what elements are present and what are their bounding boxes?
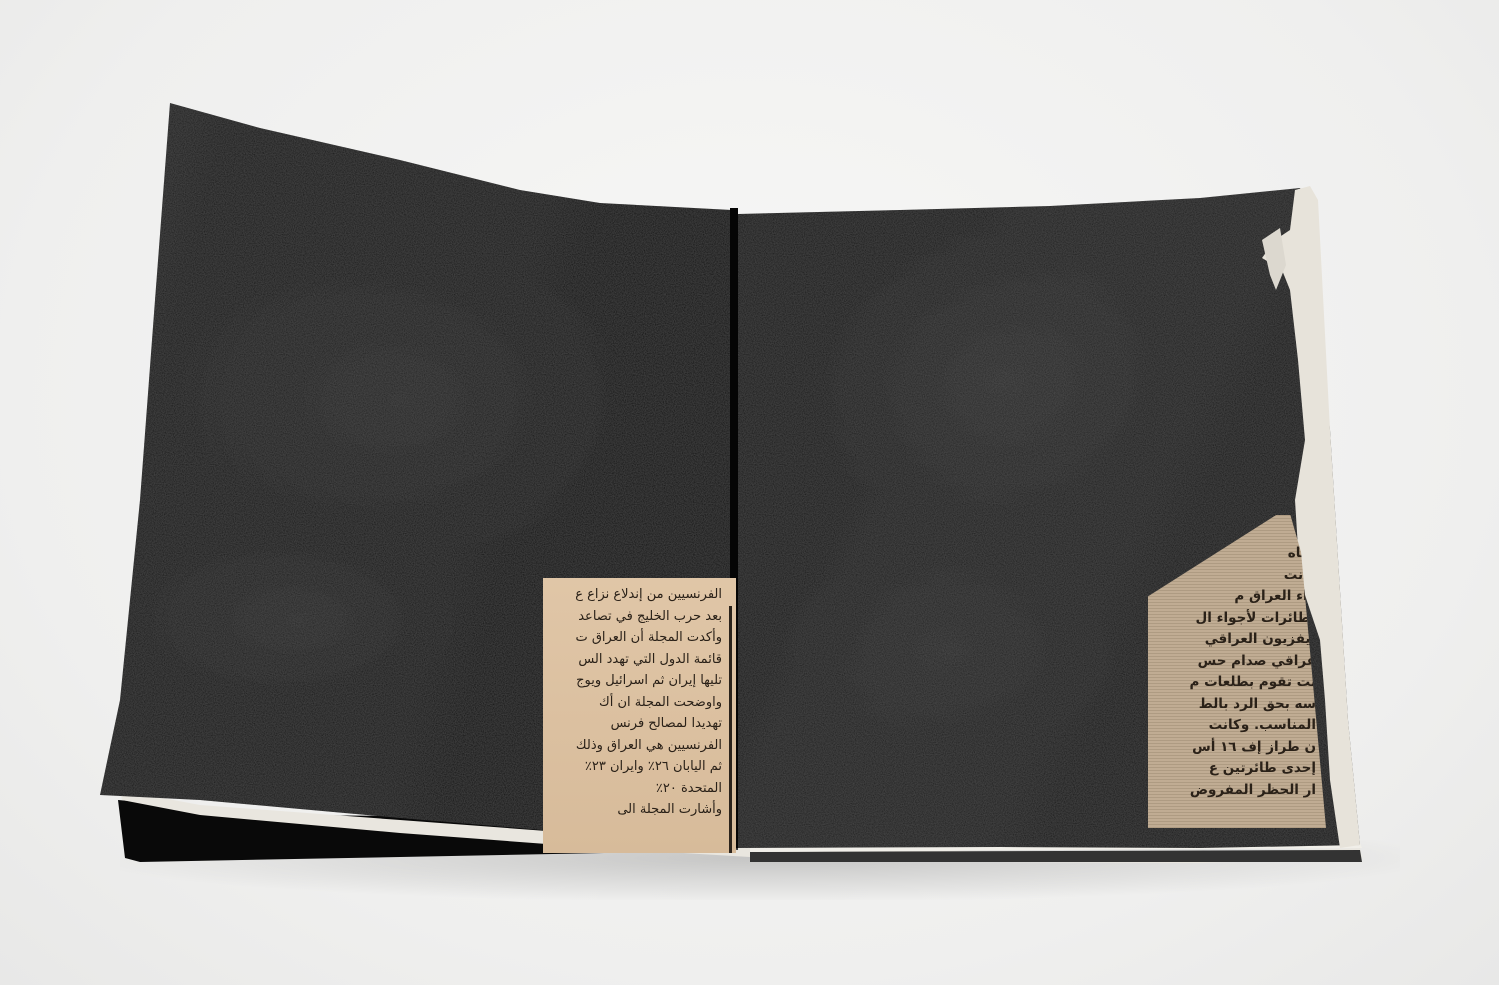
clipping-line: تهديدا لمصالح فرنس	[543, 713, 722, 735]
clipping-line: وأكدت المجلة أن العراق ت	[543, 627, 722, 649]
clipping-line: تليها إيران ثم اسرائيل ويوج	[543, 670, 722, 692]
clipping-line: عراقي صدام حس	[1148, 651, 1316, 673]
column-rule	[729, 606, 732, 853]
clipping-line: سه بحق الرد بالط	[1148, 694, 1316, 716]
clipping-line: الفرنسيين هي العراق وذلك	[543, 735, 722, 757]
clipping-line: واء العراق م	[1148, 586, 1316, 608]
clipping-line: المتحدة ٢٠٪	[543, 778, 722, 800]
clipping-line: ار الحظر المفروض	[1148, 780, 1316, 802]
clipping-line: نت تقوم بطلعات م	[1148, 672, 1316, 694]
clipping-line: وأشارت المجلة الى	[543, 799, 722, 821]
clipping-line: ن طراز إف ١٦ أس	[1148, 737, 1316, 759]
photo-scene: الفرنسيين من إندلاع نزاع ع بعد حرب الخلي…	[0, 0, 1499, 985]
newspaper-clipping-left: الفرنسيين من إندلاع نزاع ع بعد حرب الخلي…	[543, 578, 736, 853]
clipping-line: لطائرات لأجواء ال	[1148, 608, 1316, 630]
clipping-line: قائمة الدول التي تهدد الس	[543, 649, 722, 671]
clipping-line: إحدى طائرتين ع	[1148, 758, 1316, 780]
clipping-line: واوضحت المجلة ان أك	[543, 692, 722, 714]
clipping-line: المناسب. وكانت	[1148, 715, 1316, 737]
clipping-line: بعد حرب الخليج في تصاعد	[543, 606, 722, 628]
clipping-line: الفرنسيين من إندلاع نزاع ع	[543, 584, 722, 606]
clipping-line: ليفزيون العراقي	[1148, 629, 1316, 651]
book-illustration	[0, 0, 1499, 985]
clipping-line: ثم اليابان ٢٦٪ وايران ٢٣٪	[543, 756, 722, 778]
